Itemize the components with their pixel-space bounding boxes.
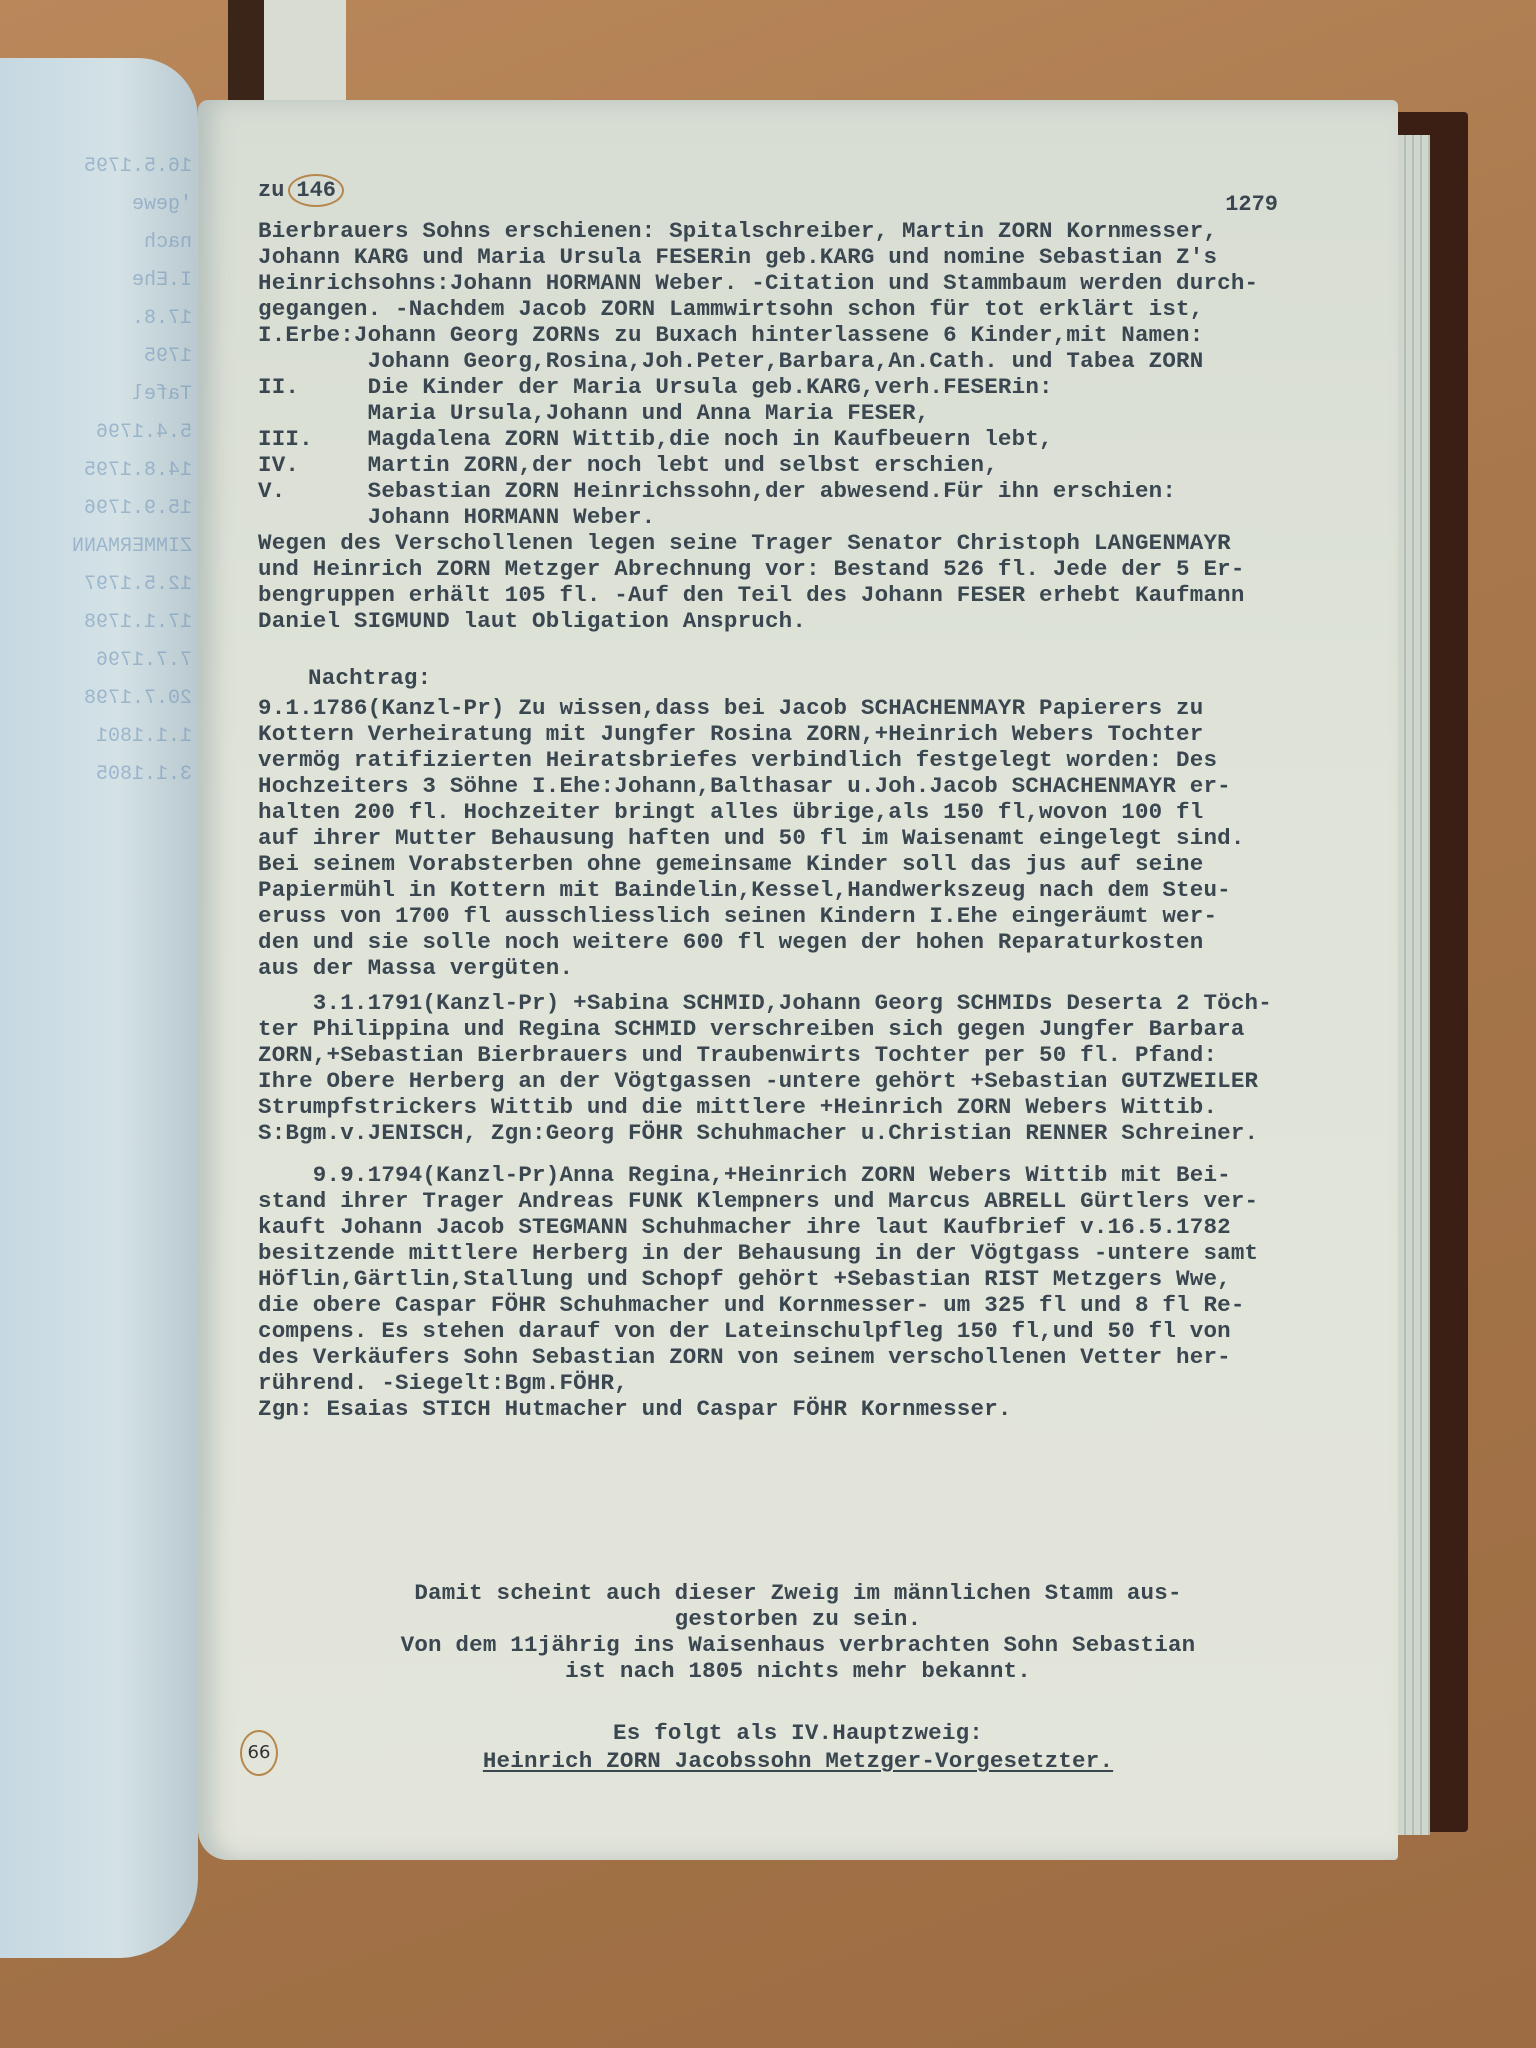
text-line: ter Philippina und Regina SCHMID verschr… (258, 1016, 1338, 1042)
nachtrag-heading: Nachtrag: (308, 665, 1338, 691)
left-page-bleed-text: 16.5.1795 'gewe nach I.Ehe 17.8. 1795 Ta… (0, 58, 198, 794)
page-number: 1279 (1225, 192, 1278, 217)
ref-number-circled: 146 (288, 174, 344, 207)
text-line: Kottern Verheiratung mit Jungfer Rosina … (258, 721, 1338, 747)
next-branch-title: Heinrich ZORN Jacobssohn Metzger-Vorgese… (483, 1748, 1113, 1774)
text-line: rührend. -Siegelt:Bgm.FÖHR, (258, 1370, 1338, 1396)
text-line: Johann KARG und Maria Ursula FESERin geb… (258, 244, 1338, 270)
text-line: 3.1.1791(Kanzl-Pr) +Sabina SCHMID,Johann… (258, 990, 1338, 1016)
text-line: IV. Martin ZORN,der noch lebt und selbst… (258, 452, 1338, 478)
text-line: I.Erbe:Johann Georg ZORNs zu Buxach hint… (258, 322, 1338, 348)
text-line: compens. Es stehen darauf von der Latein… (258, 1318, 1338, 1344)
text-line: II. Die Kinder der Maria Ursula geb.KARG… (258, 374, 1338, 400)
left-page: 16.5.1795 'gewe nach I.Ehe 17.8. 1795 Ta… (0, 58, 198, 1958)
text-line: eruss von 1700 fl ausschliesslich seinen… (258, 903, 1338, 929)
text-line: bengruppen erhält 105 fl. -Auf den Teil … (258, 582, 1338, 608)
text-line: Ihre Obere Herberg an der Vögtgassen -un… (258, 1068, 1338, 1094)
text-line: Hochzeiters 3 Söhne I.Ehe:Johann,Balthas… (258, 773, 1338, 799)
text-line: Bei seinem Vorabsterben ohne gemeinsame … (258, 851, 1338, 877)
text-line: Heinrichsohns:Johann HORMANN Weber. -Cit… (258, 270, 1338, 296)
text-line: Zgn: Esaias STICH Hutmacher und Caspar F… (258, 1396, 1338, 1422)
text-line: 9.1.1786(Kanzl-Pr) Zu wissen,dass bei Ja… (258, 695, 1338, 721)
next-branch-title-wrap: Heinrich ZORN Jacobssohn Metzger-Vorgese… (258, 1748, 1338, 1774)
text-line: halten 200 fl. Hochzeiter bringt alles ü… (258, 799, 1338, 825)
text-line: kauft Johann Jacob STEGMANN Schuhmacher … (258, 1214, 1338, 1240)
text-line: S:Bgm.v.JENISCH, Zgn:Georg FÖHR Schuhmac… (258, 1120, 1338, 1146)
text-line: die obere Caspar FÖHR Schuhmacher und Ko… (258, 1292, 1338, 1318)
text-line: Höflin,Gärtlin,Stallung und Schopf gehör… (258, 1266, 1338, 1292)
text-line: gestorben zu sein. (258, 1606, 1338, 1632)
text-line: V. Sebastian ZORN Heinrichssohn,der abwe… (258, 478, 1338, 504)
document-page: zu146 1279 Bierbrauers Sohns erschienen:… (198, 100, 1398, 1860)
text-line: Johann HORMANN Weber. (258, 504, 1338, 530)
text-line: Johann Georg,Rosina,Joh.Peter,Barbara,An… (258, 348, 1338, 374)
text-line: III. Magdalena ZORN Wittib,die noch in K… (258, 426, 1338, 452)
entry-1786: 9.1.1786(Kanzl-Pr) Zu wissen,dass bei Ja… (258, 695, 1338, 981)
text-line: Wegen des Verschollenen legen seine Trag… (258, 530, 1338, 556)
text-line: besitzende mittlere Herberg in der Behau… (258, 1240, 1338, 1266)
ref-prefix: zu (258, 178, 284, 203)
next-branch-intro: Es folgt als IV.Hauptzweig: (258, 1720, 1338, 1746)
text-line: Bierbrauers Sohns erschienen: Spitalschr… (258, 218, 1338, 244)
text-line: Daniel SIGMUND laut Obligation Anspruch. (258, 608, 1338, 634)
text-line: stand ihrer Trager Andreas FUNK Klempner… (258, 1188, 1338, 1214)
text-line: Strumpfstrickers Wittib und die mittlere… (258, 1094, 1338, 1120)
page-reference: zu146 (258, 178, 344, 203)
closing-note: Damit scheint auch dieser Zweig im männl… (258, 1580, 1338, 1684)
entry-1791: 3.1.1791(Kanzl-Pr) +Sabina SCHMID,Johann… (258, 990, 1338, 1146)
text-line: Von dem 11jährig ins Waisenhaus verbrach… (258, 1632, 1338, 1658)
text-line: des Verkäufers Sohn Sebastian ZORN von s… (258, 1344, 1338, 1370)
entry-1794: 9.9.1794(Kanzl-Pr)Anna Regina,+Heinrich … (258, 1162, 1338, 1422)
text-line: vermög ratifizierten Heiratsbriefes verb… (258, 747, 1338, 773)
text-line: 9.9.1794(Kanzl-Pr)Anna Regina,+Heinrich … (258, 1162, 1338, 1188)
text-line: gegangen. -Nachdem Jacob ZORN Lammwirtso… (258, 296, 1338, 322)
text-line: und Heinrich ZORN Metzger Abrechnung vor… (258, 556, 1338, 582)
text-line: ist nach 1805 nichts mehr bekannt. (258, 1658, 1338, 1684)
footer-circled-number: 66 (240, 1730, 278, 1776)
text-line: Papiermühl in Kottern mit Baindelin,Kess… (258, 877, 1338, 903)
text-line: den und sie solle noch weitere 600 fl we… (258, 929, 1338, 955)
text-line: Damit scheint auch dieser Zweig im männl… (258, 1580, 1338, 1606)
section-inheritance: Bierbrauers Sohns erschienen: Spitalschr… (258, 218, 1338, 634)
text-line: auf ihrer Mutter Behausung haften und 50… (258, 825, 1338, 851)
text-line: aus der Massa vergüten. (258, 955, 1338, 981)
text-line: Maria Ursula,Johann und Anna Maria FESER… (258, 400, 1338, 426)
text-line: ZORN,+Sebastian Bierbrauers und Traubenw… (258, 1042, 1338, 1068)
